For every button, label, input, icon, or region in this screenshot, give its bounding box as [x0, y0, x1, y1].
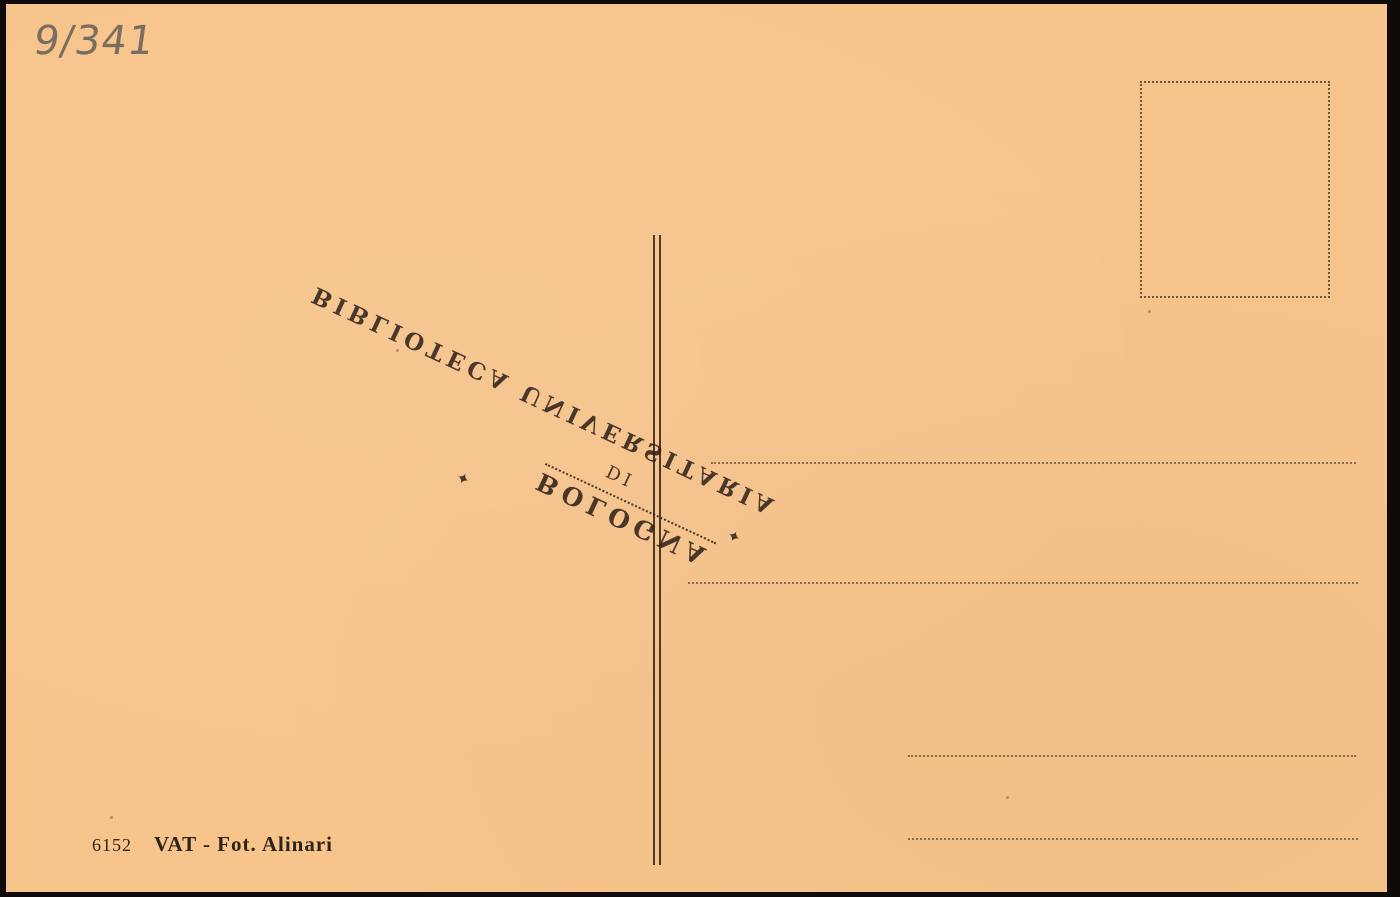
address-line-2: [688, 582, 1358, 584]
address-line-3: [908, 755, 1356, 757]
catalog-number: 6152: [92, 835, 132, 855]
paper-speck: [396, 349, 399, 352]
star-icon: ✦: [453, 467, 473, 490]
address-line-4: [908, 838, 1358, 840]
handwritten-inventory-number: 9/341: [31, 18, 158, 64]
paper-speck: [1148, 310, 1151, 313]
photo-credit-caption: 6152VAT - Fot. Alinari: [92, 832, 333, 857]
library-postmark: ✦ ✦ BOLOGNA DI BIBLIOTECA UNIVERSITARIA: [398, 297, 805, 621]
paper-speck: [110, 816, 113, 819]
star-icon: ✦: [724, 525, 744, 548]
stamp-placeholder-box: [1140, 81, 1330, 298]
address-line-1: [711, 462, 1356, 464]
postcard-back: 9/341 ✦ ✦ BOLOGNA DI BIBLIOTECA UNIVERSI…: [6, 4, 1387, 892]
paper-speck: [1006, 796, 1009, 799]
postmark-preposition: DI: [603, 460, 639, 492]
credit-text: VAT - Fot. Alinari: [154, 832, 333, 856]
